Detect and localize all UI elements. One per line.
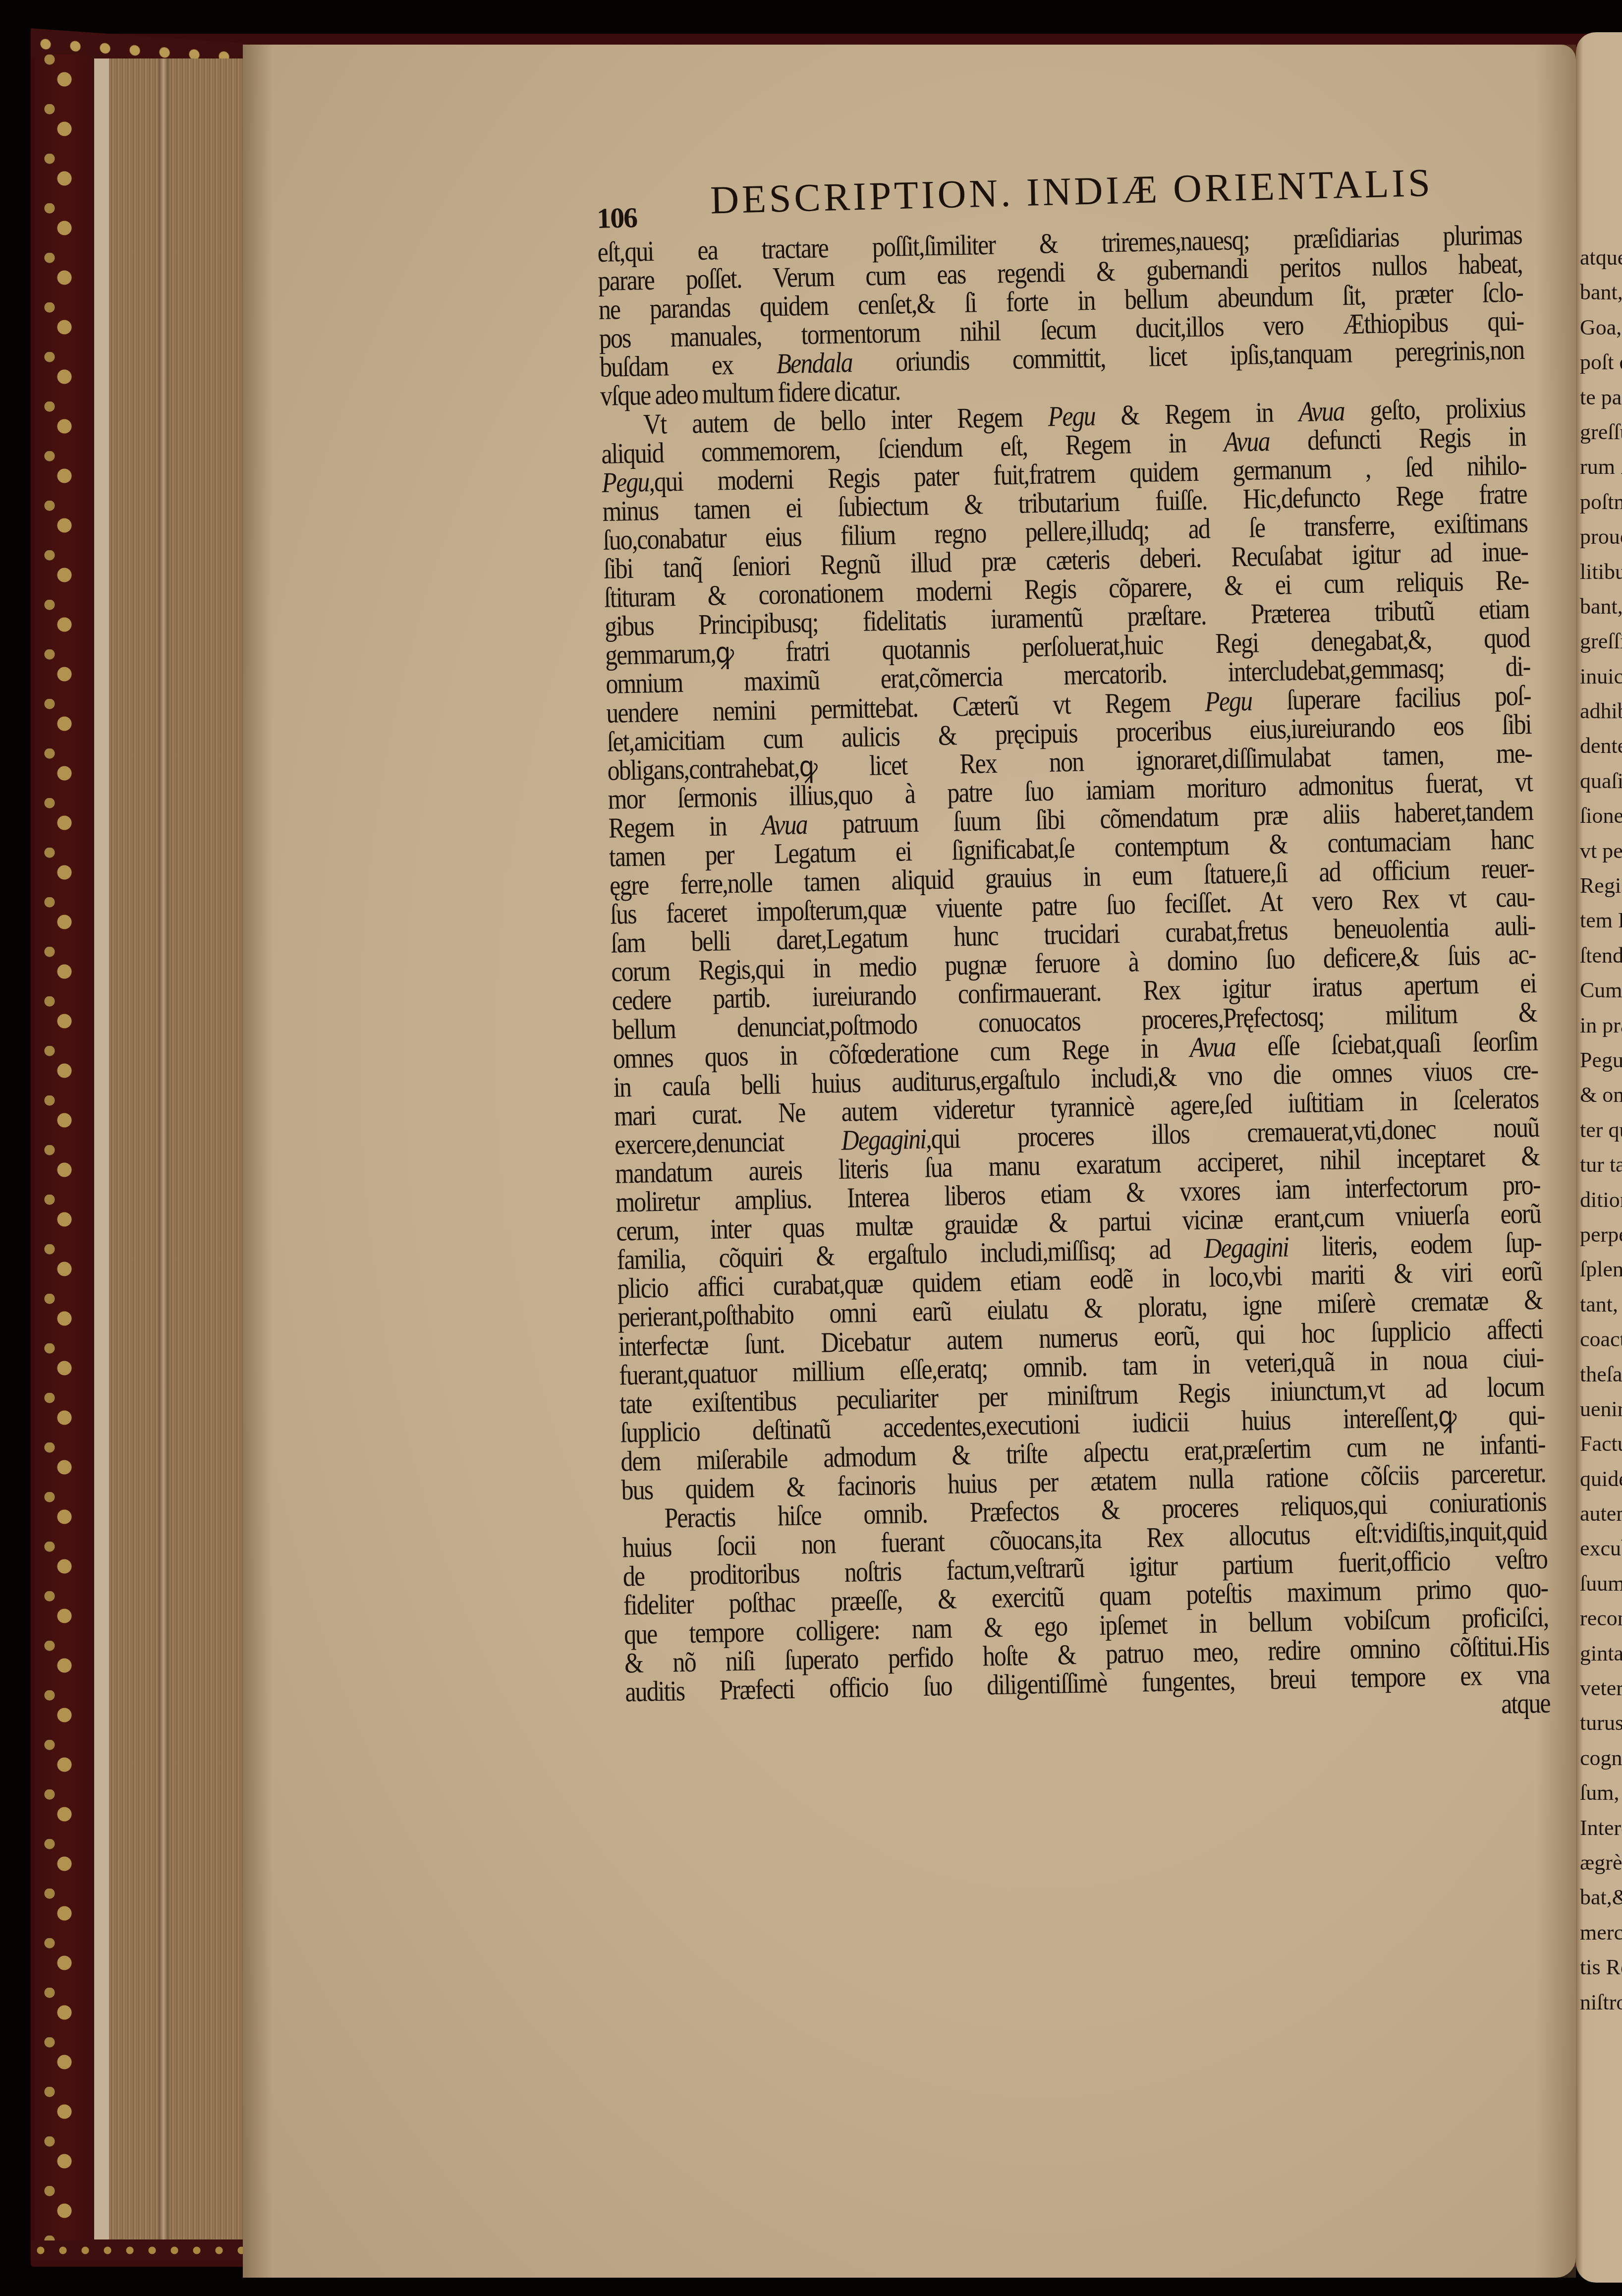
adjacent-text-fragment: quidem in <box>1580 1462 1622 1496</box>
adjacent-text-fragment: Pegu tradic <box>1580 1043 1622 1078</box>
adjacent-text-fragment: Goa, cui <box>1580 310 1622 345</box>
adjacent-text-fragment: dente læc <box>1580 729 1622 763</box>
adjacent-text-fragment: tur tamen <box>1580 1148 1622 1182</box>
italic-proper-name: Pegu <box>1048 399 1095 432</box>
adjacent-text-fragment: quaſi œſtr <box>1580 764 1622 799</box>
adjacent-text-fragment: mercatores <box>1580 1915 1622 1950</box>
adjacent-text-fragment: greſſus,a <box>1580 415 1622 450</box>
italic-proper-name: Avua <box>761 808 807 841</box>
adjacent-text-fragment: theſaurum <box>1580 1357 1622 1392</box>
adjacent-text-fragment: perpetuam <box>1580 1217 1622 1252</box>
adjacent-text-fragment: Regis in P <box>1580 868 1622 903</box>
adjacent-text-fragment: ter quos qu <box>1580 1113 1622 1148</box>
gilt-tooling-bottom <box>31 2240 244 2260</box>
adjacent-text-fragment: tem Regis <box>1580 903 1622 938</box>
page-number: 106 <box>596 201 637 235</box>
adjacent-text-fragment: poſtmod <box>1580 485 1622 519</box>
adjacent-text-fragment: uenire non <box>1580 1392 1622 1427</box>
adjacent-text-fragment: Factun <box>1580 1427 1622 1461</box>
adjacent-text-fragment: coacti ſunt <box>1580 1322 1622 1357</box>
adjacent-text-fragment: bant, Re <box>1580 275 1622 310</box>
adjacent-text-fragment: Cum ig <box>1580 973 1622 1008</box>
gilt-tooling-border <box>35 55 94 2255</box>
adjacent-page-text: atque albant, ReGoa, cuipoſt dieste paſſ… <box>1580 240 1622 2020</box>
adjacent-text-fragment: cognouiſſe <box>1580 1741 1622 1776</box>
adjacent-text-fragment: rum ſiue <box>1580 450 1622 484</box>
page-block-edges <box>94 58 258 2239</box>
adjacent-text-fragment: vt percuſſ <box>1580 834 1622 868</box>
adjacent-text-fragment: in prælio ſ <box>1580 1008 1622 1043</box>
adjacent-text-fragment: autem Rex <box>1580 1496 1622 1531</box>
adjacent-text-fragment: te paſſim <box>1580 380 1622 415</box>
adjacent-text-fragment: ægrè admo <box>1580 1845 1622 1880</box>
adjacent-text-fragment: prouocal <box>1580 519 1622 554</box>
adjacent-text-fragment: ſplendide ſ <box>1580 1252 1622 1287</box>
italic-proper-name: Pegu <box>602 465 649 499</box>
adjacent-text-fragment: niſtros, qui <box>1580 1985 1622 2020</box>
adjacent-text-fragment: ſione hac <box>1580 799 1622 833</box>
page-body-text: eſt,qui ea tractare poſſit,ſimiliter & t… <box>597 220 1553 1735</box>
adjacent-text-fragment: reconciliau <box>1580 1601 1622 1636</box>
adjacent-text-fragment: Interea <box>1580 1811 1622 1845</box>
adjacent-text-fragment: greſſi igit <box>1580 624 1622 659</box>
adjacent-text-fragment: ſuum ad ſe <box>1580 1566 1622 1601</box>
adjacent-text-fragment: bant, don <box>1580 589 1622 624</box>
adjacent-text-fragment: adhibuiſ <box>1580 694 1622 729</box>
adjacent-text-fragment: atque al <box>1580 240 1622 275</box>
adjacent-text-fragment: tis Regii,q <box>1580 1950 1622 1985</box>
adjacent-text-fragment: tant, in ſylu <box>1580 1287 1622 1322</box>
adjacent-page-edge: atque albant, ReGoa, cuipoſt dieste paſſ… <box>1576 32 1622 2283</box>
adjacent-text-fragment: turus,& qu <box>1580 1706 1622 1740</box>
adjacent-text-fragment: ditionem <box>1580 1183 1622 1217</box>
adjacent-text-fragment: poſt dies <box>1580 345 1622 380</box>
adjacent-text-fragment: veterem ci <box>1580 1671 1622 1706</box>
italic-proper-name: Avua <box>1224 425 1270 458</box>
adjacent-text-fragment: bat,& vix p <box>1580 1880 1622 1915</box>
adjacent-text-fragment: ginta eleph <box>1580 1636 1622 1671</box>
adjacent-text-fragment: litibus, q <box>1580 555 1622 589</box>
adjacent-text-fragment: inuicem <box>1580 659 1622 694</box>
adjacent-text-fragment: excubias n <box>1580 1531 1622 1566</box>
adjacent-text-fragment: ſum, mutat <box>1580 1776 1622 1810</box>
italic-proper-name: Pegu <box>1205 684 1252 717</box>
adjacent-text-fragment: & omnes c <box>1580 1078 1622 1112</box>
italic-proper-name: Avua <box>1189 1030 1235 1063</box>
italic-proper-name: Avua <box>1298 395 1344 428</box>
adjacent-text-fragment: ſtendit. <box>1580 938 1622 973</box>
